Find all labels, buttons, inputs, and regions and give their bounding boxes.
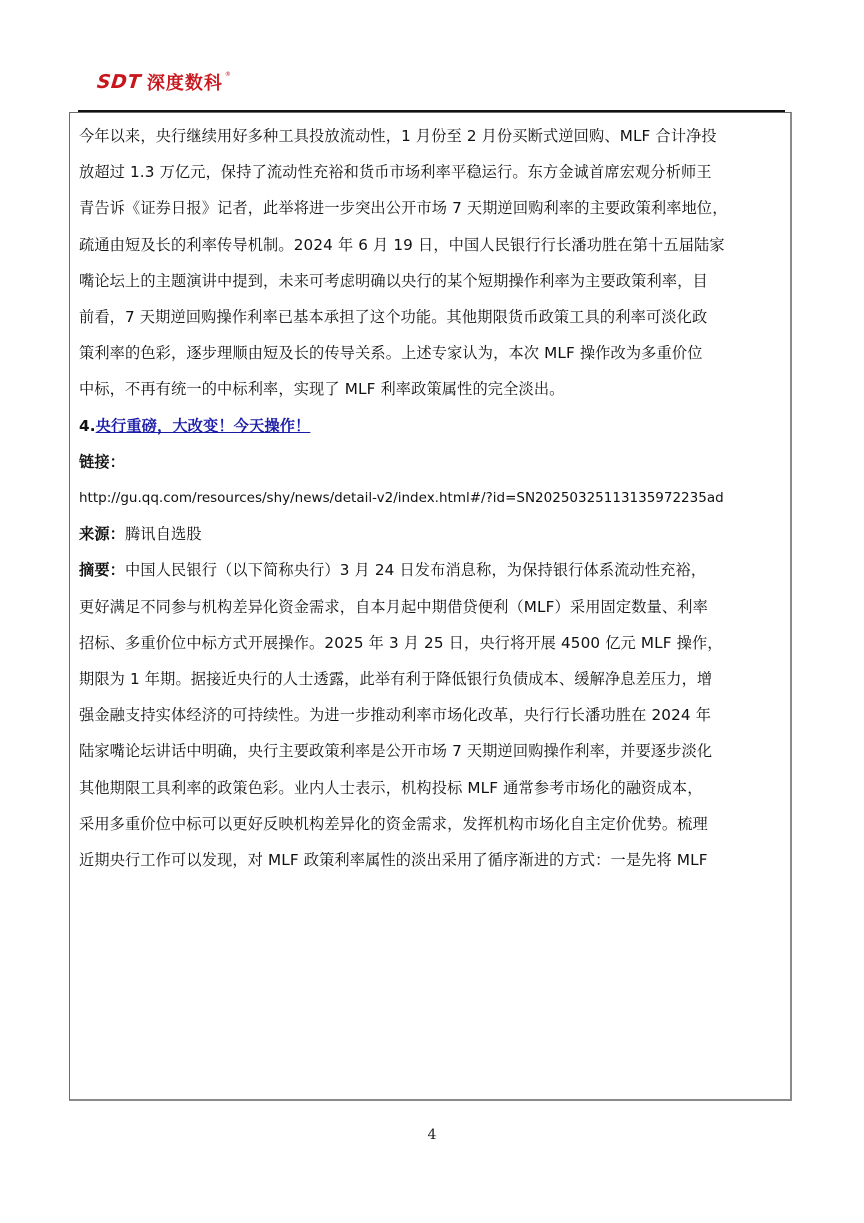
article-url[interactable]: http://gu.qq.com/resources/shy/news/deta…: [79, 480, 787, 516]
paragraph-line: 嘴论坛上的主题演讲中提到，未来可考虑明确以央行的某个短期操作利率为主要政策利率，…: [79, 263, 787, 299]
summary-line: 更好满足不同参与机构差异化资金需求，自本月起中期借贷便利（MLF）采用固定数量、…: [79, 589, 787, 625]
summary-line: 采用多重价位中标可以更好反映机构差异化的资金需求，发挥机构市场化自主定价优势。梳…: [79, 806, 787, 842]
summary-line: 招标、多重价位中标方式开展操作。2025 年 3 月 25 日，央行将开展 45…: [79, 625, 787, 661]
company-logo: SDT 深度数科 ®: [97, 71, 231, 93]
article-heading: 4.央行重磅，大改变！今天操作！: [79, 408, 787, 444]
summary-label: 摘要：: [79, 561, 125, 579]
article-title-link[interactable]: 央行重磅，大改变！今天操作！: [96, 417, 311, 435]
source-value: 腾讯自选股: [125, 525, 202, 543]
logo-latin: SDT: [96, 71, 142, 93]
paragraph-line: 青告诉《证券日报》记者，此举将进一步突出公开市场 7 天期逆回购利率的主要政策利…: [79, 190, 787, 226]
summary-line: 强金融支持实体经济的可持续性。为进一步推动利率市场化改革，央行行长潘功胜在 20…: [79, 697, 787, 733]
previous-article-text: 今年以来，央行继续用好多种工具投放流动性，1 月份至 2 月份买断式逆回购、ML…: [79, 118, 787, 408]
source-label: 来源：: [79, 525, 125, 543]
summary-line: 期限为 1 年期。据接近央行的人士透露，此举有利于降低银行负债成本、缓解净息差压…: [79, 661, 787, 697]
paragraph-line: 中标，不再有统一的中标利率，实现了 MLF 利率政策属性的完全淡出。: [79, 371, 787, 407]
logo-chinese: 深度数科: [147, 69, 223, 95]
summary-first-line: 摘要：中国人民银行（以下简称央行）3 月 24 日发布消息称，为保持银行体系流动…: [79, 552, 787, 588]
article-number: 4.: [79, 417, 96, 435]
paragraph-line: 前看，7 天期逆回购操作利率已基本承担了这个功能。其他期限货币政策工具的利率可淡…: [79, 299, 787, 335]
summary-line: 其他期限工具利率的政策色彩。业内人士表示，机构投标 MLF 通常参考市场化的融资…: [79, 770, 787, 806]
paragraph-line: 疏通由短及长的利率传导机制。2024 年 6 月 19 日，中国人民银行行长潘功…: [79, 227, 787, 263]
summary-line: 陆家嘴论坛讲话中明确，央行主要政策利率是公开市场 7 天期逆回购操作利率，并要逐…: [79, 733, 787, 769]
document-body: 今年以来，央行继续用好多种工具投放流动性，1 月份至 2 月份买断式逆回购、ML…: [79, 118, 787, 878]
link-label: 链接：: [79, 444, 787, 480]
summary-text: 中国人民银行（以下简称央行）3 月 24 日发布消息称，为保持银行体系流动性充裕…: [125, 561, 706, 579]
summary-line: 近期央行工作可以发现，对 MLF 政策利率属性的淡出采用了循序渐进的方式：一是先…: [79, 842, 787, 878]
trademark-icon: ®: [225, 71, 231, 78]
page-number: 4: [0, 1127, 864, 1143]
paragraph-line: 放超过 1.3 万亿元，保持了流动性充裕和货币市场利率平稳运行。东方金诚首席宏观…: [79, 154, 787, 190]
paragraph-line: 策利率的色彩，逐步理顺由短及长的传导关系。上述专家认为，本次 MLF 操作改为多…: [79, 335, 787, 371]
source-line: 来源：腾讯自选股: [79, 516, 787, 552]
paragraph-line: 今年以来，央行继续用好多种工具投放流动性，1 月份至 2 月份买断式逆回购、ML…: [79, 118, 787, 154]
